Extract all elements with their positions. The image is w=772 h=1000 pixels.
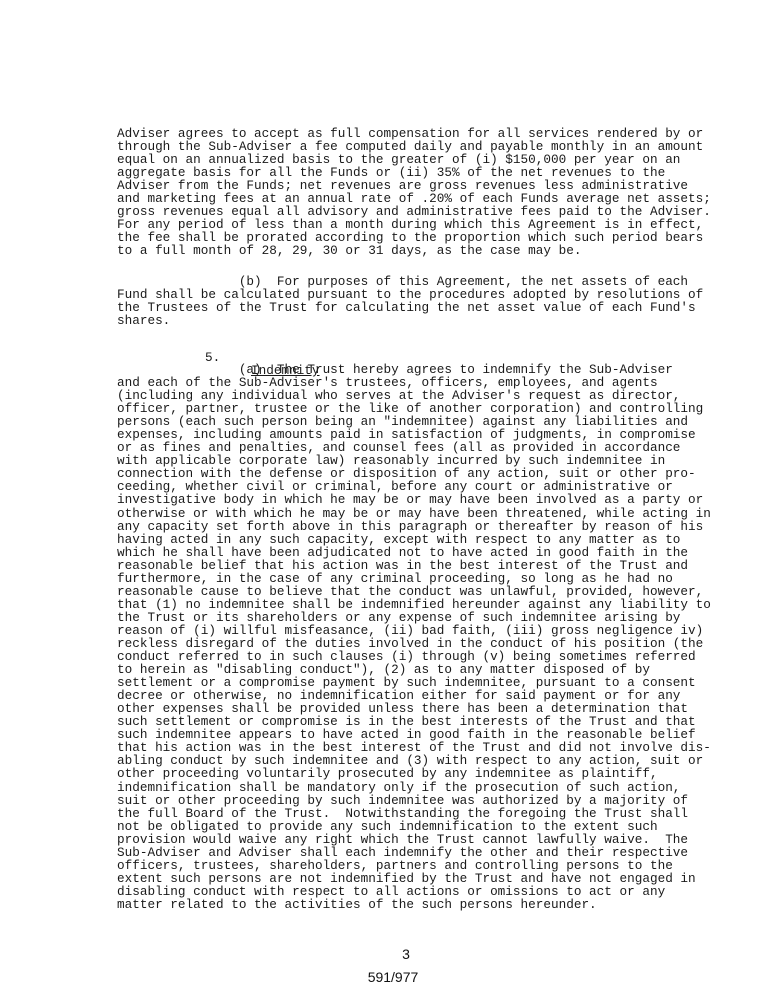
document-page: Adviser agrees to accept as full compens… xyxy=(0,0,772,1000)
text-line: not be obligated to provide any such ind… xyxy=(117,820,711,833)
text-line: otherwise or with which he may be or may… xyxy=(117,507,711,520)
text-line: extent such persons are not indemnified … xyxy=(117,872,711,885)
text-line: disabling conduct with respect to all ac… xyxy=(117,885,711,898)
text-line: indemnification shall be mandatory only … xyxy=(117,781,711,794)
text-line: officers, trustees, shareholders, partne… xyxy=(117,859,711,872)
text-line: reasonable cause to believe that the con… xyxy=(117,585,711,598)
text-line: suit or other proceeding by such indemni… xyxy=(117,794,711,807)
text-line: reasonable belief that his action was in… xyxy=(117,559,711,572)
text-line: the Trust or its shareholders or any exp… xyxy=(117,611,711,624)
bates-number: 591/977 xyxy=(0,969,772,985)
text-line: that (1) no indemnitee shall be indemnif… xyxy=(117,598,711,611)
page-number: 3 xyxy=(0,946,772,962)
text-line: matter related to the activities of the … xyxy=(117,898,711,911)
text-line: any capacity set forth above in this par… xyxy=(117,520,711,533)
text-line: to a full month of 28, 29, 30 or 31 days… xyxy=(117,244,711,257)
text-line: investigative body in which he may be or… xyxy=(117,493,711,506)
paragraph-a-indemnity: (a) The Trust hereby agrees to indemnify… xyxy=(117,363,711,911)
text-line: shares. xyxy=(117,314,703,327)
text-line: furthermore, in the case of any criminal… xyxy=(117,572,711,585)
text-line: the full Board of the Trust. Notwithstan… xyxy=(117,807,711,820)
text-line: other proceeding voluntarily prosecuted … xyxy=(117,767,711,780)
text-line: which he shall have been adjudicated not… xyxy=(117,546,711,559)
paragraph-b-net-assets: (b) For purposes of this Agreement, the … xyxy=(117,275,703,327)
text-line: Sub-Adviser and Adviser shall each indem… xyxy=(117,846,711,859)
text-line: provision would waive any right which th… xyxy=(117,833,711,846)
paragraph-fee: Adviser agrees to accept as full compens… xyxy=(117,127,711,257)
text-line: the Trustees of the Trust for calculatin… xyxy=(117,301,703,314)
text-line: having acted in any such capacity, excep… xyxy=(117,533,711,546)
